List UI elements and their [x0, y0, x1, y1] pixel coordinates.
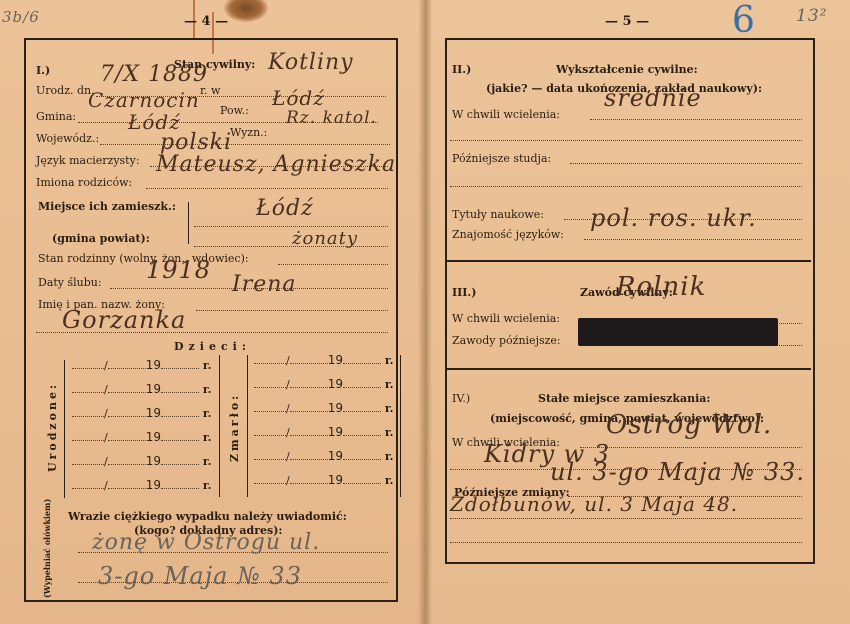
year-prefix: 19: [328, 377, 343, 391]
year-suffix: r.: [199, 479, 211, 492]
label-rodzice: Imiona rodziców:: [36, 176, 132, 189]
value-iv-line1[interactable]: Ostróg Wol.: [606, 410, 772, 440]
year-prefix: 19: [146, 430, 161, 444]
page-number-right: — 5 —: [605, 14, 649, 29]
value-zona-nazwisko[interactable]: Gorzanka: [62, 306, 186, 334]
date-separator: /: [104, 407, 108, 420]
died-child-row[interactable]: /19 r.: [254, 377, 393, 391]
dotted-line: [450, 518, 802, 519]
label-urodzone: Urodzone:: [46, 382, 59, 472]
dotted-line: [570, 163, 802, 164]
born-child-row[interactable]: /19 r.: [72, 454, 211, 468]
year-suffix: r.: [381, 450, 393, 463]
value-stan-rodzinny[interactable]: żonaty: [292, 228, 358, 249]
emergency-line2[interactable]: 3-go Maja № 33: [98, 562, 302, 590]
value-wyzn[interactable]: Rz. katol.: [286, 108, 377, 128]
year-suffix: r.: [381, 354, 393, 367]
value-ii-jezyki[interactable]: pol. ros. ukr.: [590, 204, 757, 232]
year-prefix: 19: [328, 353, 343, 367]
corner-note-left: 3b/6: [2, 8, 40, 26]
section-iv-title: Stałe miejsce zamieszkania:: [538, 392, 710, 405]
date-separator: /: [286, 354, 290, 367]
value-urodz-dn[interactable]: 7/X 1889: [100, 62, 208, 87]
label-miejsce-zamieszk: Miejsce ich zamieszk.:: [38, 200, 176, 213]
dotted-line: [100, 144, 390, 145]
year-prefix: 19: [146, 382, 161, 396]
brace-born: [64, 360, 65, 498]
label-jezyk: Język macierzysty:: [36, 154, 140, 167]
label-ii-pozniejsze: Późniejsze studja:: [452, 152, 551, 165]
section-label-i: I.): [36, 64, 50, 77]
died-child-row[interactable]: /19 r.: [254, 449, 393, 463]
label-gmina: Gmina:: [36, 110, 76, 123]
died-child-row[interactable]: /19 r.: [254, 401, 393, 415]
label-ii-w-chwili: W chwili wcielenia:: [452, 108, 560, 121]
value-iv-zmiany[interactable]: Zdołbunów, ul. 3 Maja 48.: [450, 492, 738, 516]
year-suffix: r.: [199, 383, 211, 396]
redaction-bar: [578, 318, 778, 346]
section-divider: [447, 260, 811, 262]
brace-died-right: [400, 355, 401, 497]
died-child-row[interactable]: /19 r.: [254, 353, 393, 367]
year-suffix: r.: [199, 359, 211, 372]
date-separator: /: [104, 383, 108, 396]
book-spine: [418, 0, 432, 624]
value-zona-imie[interactable]: Irena: [232, 272, 297, 297]
born-child-row[interactable]: /19 r.: [72, 478, 211, 492]
year-prefix: 19: [328, 449, 343, 463]
dotted-line: [196, 310, 388, 311]
dotted-line: [584, 239, 802, 240]
children-title: Dzieci:: [174, 340, 251, 353]
year-prefix: 19: [328, 425, 343, 439]
born-child-row[interactable]: /19 r.: [72, 406, 211, 420]
born-child-row[interactable]: /19 r.: [72, 382, 211, 396]
brace-born-right: [219, 355, 220, 497]
date-separator: /: [286, 474, 290, 487]
year-prefix: 19: [146, 454, 161, 468]
dotted-line: [194, 226, 388, 227]
date-separator: /: [286, 426, 290, 439]
dotted-line: [450, 186, 802, 187]
date-separator: /: [104, 431, 108, 444]
label-ii-tytuly: Tytuły naukowe:: [452, 208, 544, 221]
year-prefix: 19: [146, 358, 161, 372]
value-gmina[interactable]: Czarnocin: [88, 88, 200, 112]
born-child-row[interactable]: /19 r.: [72, 358, 211, 372]
year-suffix: r.: [199, 431, 211, 444]
emergency-title: Wrazie ciężkiego wypadku należy uwiadomi…: [68, 510, 347, 523]
dotted-line: [146, 188, 388, 189]
label-gmina-powiat: (gmina powiat):: [52, 232, 150, 245]
year-prefix: 19: [328, 473, 343, 487]
label-stan-rodzinny: Stan rodzinny (wolny, żon., wdowiec):: [38, 252, 249, 265]
page-number-left: — 4 —: [184, 14, 228, 29]
blue-mark: 6: [732, 0, 756, 41]
section-divider: [447, 368, 811, 370]
year-suffix: r.: [199, 455, 211, 468]
dotted-line: [580, 447, 802, 448]
date-separator: /: [104, 479, 108, 492]
year-suffix: r.: [381, 378, 393, 391]
date-separator: /: [286, 450, 290, 463]
label-urodz-dn: Urodz. dn.: [36, 84, 95, 97]
value-miejsce-zamieszk[interactable]: Łódź: [256, 196, 314, 221]
year-prefix: 19: [146, 406, 161, 420]
date-separator: /: [286, 378, 290, 391]
born-child-row[interactable]: /19 r.: [72, 430, 211, 444]
label-wyzn: Wyzn.:: [230, 126, 267, 139]
year-prefix: 19: [146, 478, 161, 492]
section-ii-title: Wykształcenie cywilne:: [556, 63, 698, 76]
value-daty-slubu[interactable]: 1918: [146, 256, 211, 284]
year-suffix: r.: [381, 426, 393, 439]
label-iii-pozniejsze: Zawody późniejsze:: [452, 334, 561, 347]
label-daty-slubu: Daty ślubu:: [38, 276, 102, 289]
died-child-row[interactable]: /19 r.: [254, 425, 393, 439]
dotted-line: [450, 140, 802, 141]
value-ii-w-chwili[interactable]: średnie: [604, 84, 702, 112]
section-label-iii: III.): [452, 286, 476, 299]
year-suffix: r.: [381, 474, 393, 487]
value-rodzice[interactable]: Mateusz, Agnieszka: [156, 152, 396, 177]
date-separator: /: [104, 359, 108, 372]
emergency-line1[interactable]: żonę w Ostrogu ul.: [92, 530, 320, 555]
year-suffix: r.: [381, 402, 393, 415]
label-pow: Pow.:: [220, 104, 249, 117]
value-iii-w-chwili[interactable]: Rolnik: [616, 272, 706, 302]
label-iii-w-chwili: W chwili wcielenia:: [452, 312, 560, 325]
died-child-row[interactable]: /19 r.: [254, 473, 393, 487]
label-r-w: r. w: [200, 84, 220, 97]
label-wojewodz: Wojewódz.:: [36, 132, 99, 145]
corner-note-right: 13²: [796, 6, 827, 26]
year-suffix: r.: [199, 407, 211, 420]
emergency-side-note: (Wypełniać ołówkiem): [42, 499, 52, 598]
value-iv-line3[interactable]: ul. 3-go Maja № 33.: [550, 458, 805, 486]
brace: [188, 202, 189, 244]
dotted-line: [450, 542, 802, 543]
date-separator: /: [286, 402, 290, 415]
dotted-line: [194, 246, 388, 247]
date-separator: /: [104, 455, 108, 468]
value-stan-cywilny[interactable]: Kotliny: [268, 50, 354, 75]
brace-died: [247, 355, 248, 497]
dotted-line: [278, 264, 388, 265]
value-pow[interactable]: Łódź: [272, 86, 325, 110]
year-prefix: 19: [328, 401, 343, 415]
label-zmarlo: Zmarło:: [228, 393, 241, 462]
dotted-line: [590, 119, 802, 120]
section-label-iv: IV.): [452, 392, 470, 405]
section-label-ii: II.): [452, 63, 471, 76]
label-ii-jezyki: Znajomość języków:: [452, 228, 564, 241]
